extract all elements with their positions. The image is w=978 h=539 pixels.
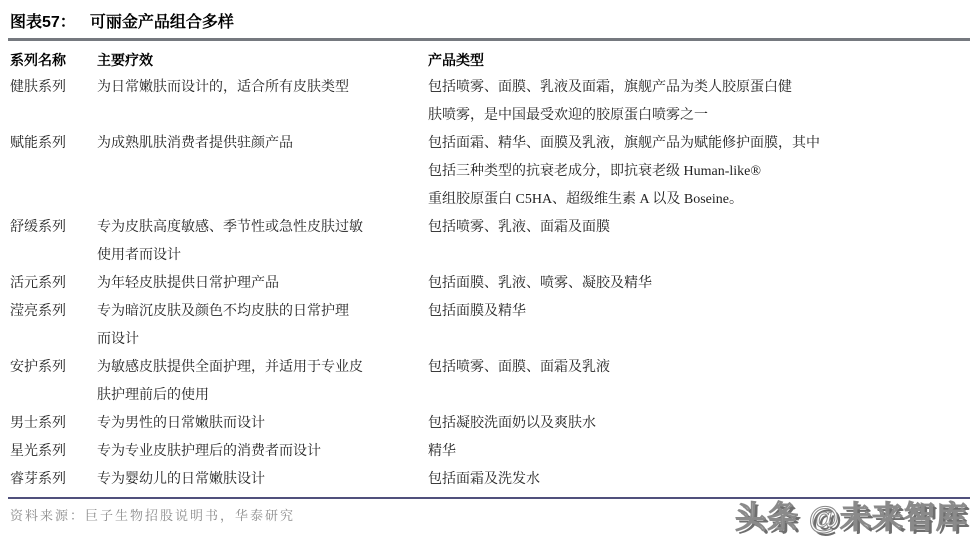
figure-title: 可丽金产品组合多样 xyxy=(90,9,234,32)
cell-series: 安护系列 xyxy=(10,354,97,382)
toutiao-watermark: 头条 @未来智库 xyxy=(735,492,968,537)
figure-title-bar: 图表57： 可丽金产品组合多样 xyxy=(0,0,978,38)
table-row: 滢亮系列 专为暗沉皮肤及颜色不均皮肤的日常护理 而设计 包括面膜及精华 xyxy=(10,298,970,354)
cell-products: 包括面霜及洗发水 xyxy=(428,466,970,494)
cell-products: 包括喷雾、乳液、面霜及面膜 xyxy=(428,214,970,242)
cell-efficacy: 专为暗沉皮肤及颜色不均皮肤的日常护理 而设计 xyxy=(97,298,428,354)
header-efficacy: 主要疗效 xyxy=(97,46,428,74)
table-row: 男士系列 专为男性的日常嫩肤而设计 包括凝胶洗面奶以及爽肤水 xyxy=(10,410,970,438)
cell-efficacy: 为敏感皮肤提供全面护理，并适用于专业皮 肤护理前后的使用 xyxy=(97,354,428,410)
table-row: 星光系列 专为专业皮肤护理后的消费者而设计 精华 xyxy=(10,438,970,466)
cell-products: 包括面膜、乳液、喷雾、凝胶及精华 xyxy=(428,270,970,298)
table-row: 活元系列 为年轻皮肤提供日常护理产品 包括面膜、乳液、喷雾、凝胶及精华 xyxy=(10,270,970,298)
header-series: 系列名称 xyxy=(10,46,97,74)
cell-series: 活元系列 xyxy=(10,270,97,298)
cell-products: 包括喷雾、面膜、面霜及乳液 xyxy=(428,354,970,382)
cell-efficacy: 专为皮肤高度敏感、季节性或急性皮肤过敏 使用者而设计 xyxy=(97,214,428,270)
cell-series: 滢亮系列 xyxy=(10,298,97,326)
cell-series: 舒缓系列 xyxy=(10,214,97,242)
table-row: 睿芽系列 专为婴幼儿的日常嫩肤设计 包括面霜及洗发水 xyxy=(10,466,970,494)
cell-products: 精华 xyxy=(428,438,970,466)
cell-products: 包括面霜、精华、面膜及乳液，旗舰产品为赋能修护面膜，其中 包括三种类型的抗衰老成… xyxy=(428,130,970,214)
cell-series: 健肤系列 xyxy=(10,74,97,102)
table-row: 安护系列 为敏感皮肤提供全面护理，并适用于专业皮 肤护理前后的使用 包括喷雾、面… xyxy=(10,354,970,410)
table-row: 赋能系列 为成熟肌肤消费者提供驻颜产品 包括面霜、精华、面膜及乳液，旗舰产品为赋… xyxy=(10,130,970,214)
cell-series: 赋能系列 xyxy=(10,130,97,158)
cell-efficacy: 为年轻皮肤提供日常护理产品 xyxy=(97,270,428,298)
cell-efficacy: 专为婴幼儿的日常嫩肤设计 xyxy=(97,466,428,494)
cell-efficacy: 为成熟肌肤消费者提供驻颜产品 xyxy=(97,130,428,158)
figure-label: 图表57： xyxy=(10,9,76,32)
cell-products: 包括面膜及精华 xyxy=(428,298,970,326)
cell-series: 睿芽系列 xyxy=(10,466,97,494)
report-page: 图表57： 可丽金产品组合多样 系列名称 主要疗效 产品类型 健肤系列 为日常嫩… xyxy=(0,0,978,539)
cell-products: 包括凝胶洗面奶以及爽肤水 xyxy=(428,410,970,438)
cell-series: 男士系列 xyxy=(10,410,97,438)
cell-efficacy: 专为男性的日常嫩肤而设计 xyxy=(97,410,428,438)
cell-products: 包括喷雾、面膜、乳液及面霜，旗舰产品为类人胶原蛋白健 肤喷雾，是中国最受欢迎的胶… xyxy=(428,74,970,130)
cell-efficacy: 为日常嫩肤而设计的，适合所有皮肤类型 xyxy=(97,74,428,102)
header-products: 产品类型 xyxy=(428,46,970,74)
product-table: 系列名称 主要疗效 产品类型 健肤系列 为日常嫩肤而设计的，适合所有皮肤类型 包… xyxy=(0,41,978,494)
table-header-row: 系列名称 主要疗效 产品类型 xyxy=(10,46,970,74)
table-row: 健肤系列 为日常嫩肤而设计的，适合所有皮肤类型 包括喷雾、面膜、乳液及面霜，旗舰… xyxy=(10,74,970,130)
cell-series: 星光系列 xyxy=(10,438,97,466)
table-row: 舒缓系列 专为皮肤高度敏感、季节性或急性皮肤过敏 使用者而设计 包括喷雾、乳液、… xyxy=(10,214,970,270)
cell-efficacy: 专为专业皮肤护理后的消费者而设计 xyxy=(97,438,428,466)
